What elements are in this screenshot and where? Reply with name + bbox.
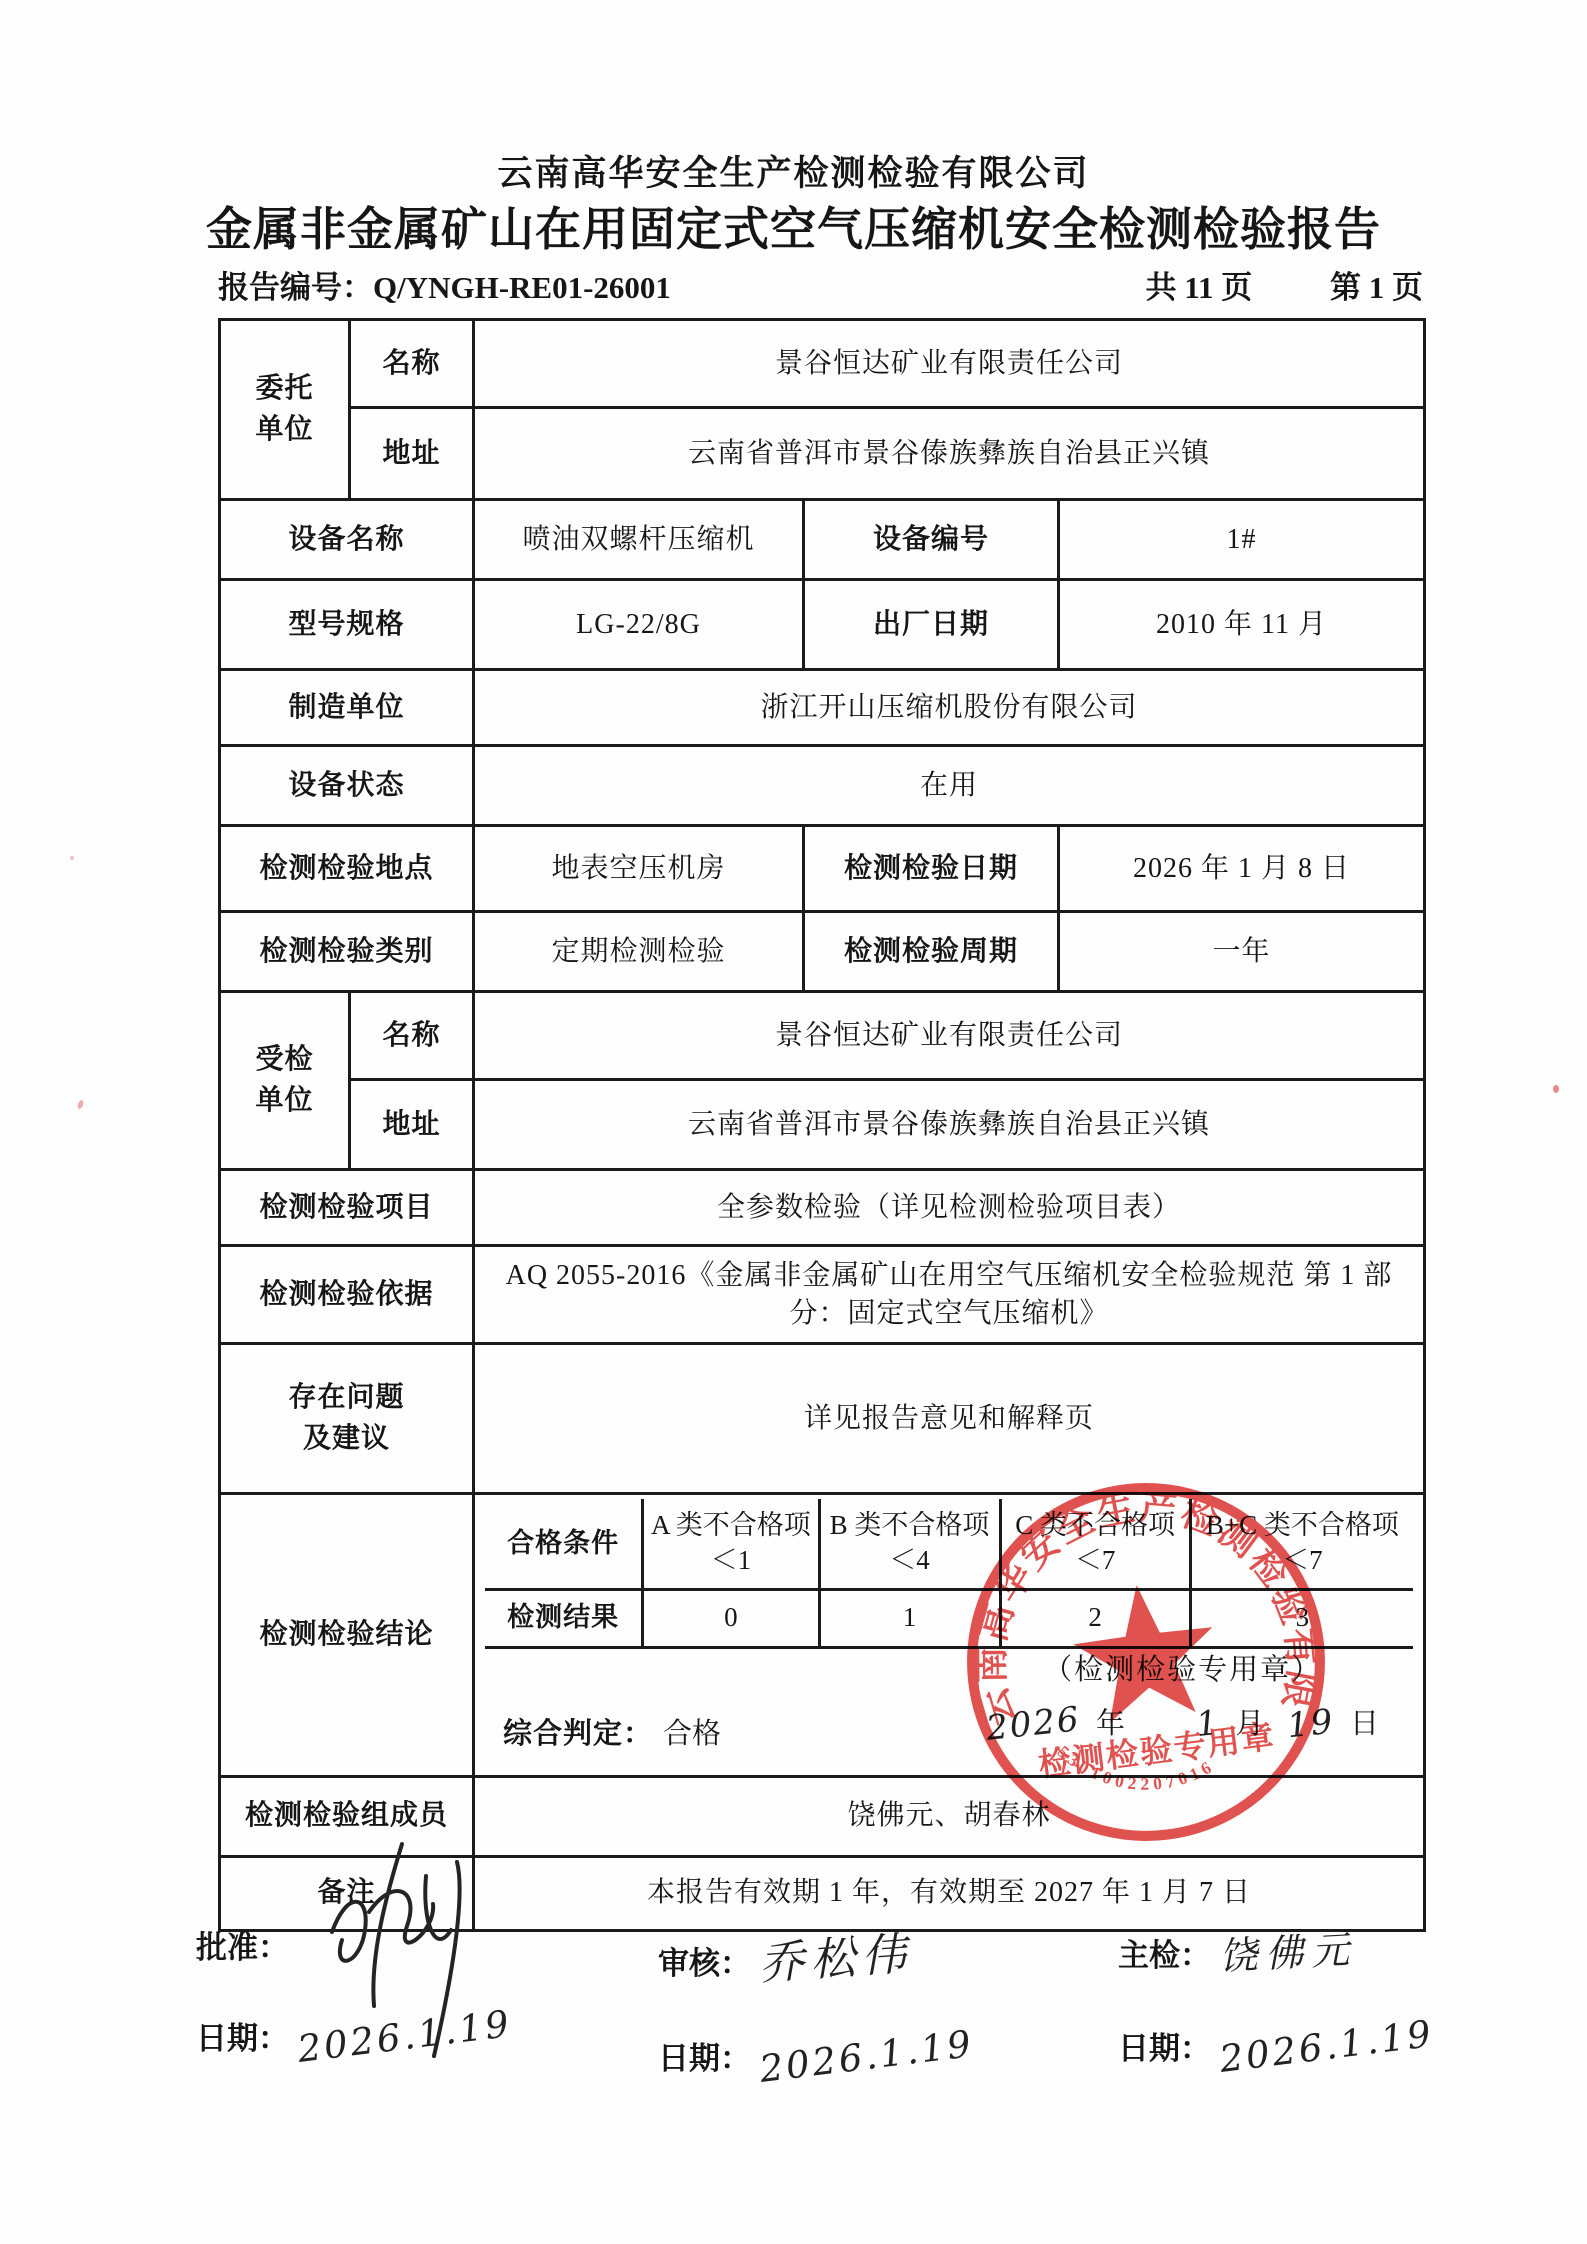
table-row: 检测检验项目 全参数检验（详见检测检验项目表） [220, 1170, 1425, 1246]
report-number-value: Q/YNGH-RE01-26001 [373, 270, 671, 305]
mfg-date-value: 2010 年 11 月 [1059, 580, 1425, 670]
group-label-line: 委托 [231, 369, 338, 410]
review-label: 审核： [658, 1946, 751, 1981]
chief-date-value: 2026.1.19 [1217, 2012, 1436, 2081]
table-row: 委托 单位 名称 景谷恒达矿业有限责任公司 [220, 320, 1425, 408]
table-row: 受检 单位 名称 景谷恒达矿业有限责任公司 [220, 992, 1425, 1080]
cycle-value: 一年 [1059, 912, 1425, 992]
issues-label-line: 及建议 [231, 1419, 462, 1460]
review-date-label: 日期： [658, 2041, 751, 2076]
inspection-date-label: 检测检验日期 [804, 826, 1059, 912]
device-no-value: 1# [1059, 500, 1425, 580]
chief-date-label: 日期： [1118, 2031, 1211, 2066]
report-page: 云南高华安全生产检测检验有限公司 金属非金属矿山在用固定式空气压缩机安全检测检验… [0, 0, 1587, 2244]
approve-label: 批准： [196, 1930, 289, 1965]
manufacturer-value: 浙江开山压缩机股份有限公司 [474, 670, 1425, 746]
inspection-seal-stamp: 云南高华安全生产检测检验有限公司 检测检验专用章 5301002207016 [941, 1457, 1351, 1867]
chief-row: 主检： 饶佛元 [1118, 1922, 1434, 1977]
table-row: 地址 云南省普洱市景谷傣族彝族自治县正兴镇 [220, 1080, 1425, 1170]
client-address-label: 地址 [350, 408, 474, 500]
cycle-label: 检测检验周期 [804, 912, 1059, 992]
company-name: 云南高华安全生产检测检验有限公司 [0, 146, 1587, 196]
result-label: 检测结果 [485, 1589, 643, 1647]
review-signature: 乔松伟 [757, 1917, 914, 1993]
client-group-label: 委托 单位 [220, 320, 350, 500]
review-date-value: 2026.1.19 [757, 2022, 976, 2091]
stamp-star-icon [1067, 1577, 1222, 1726]
page-info: 共 11 页 第 1 页 [1075, 262, 1423, 307]
table-row: 制造单位 浙江开山压缩机股份有限公司 [220, 670, 1425, 746]
issues-label: 存在问题 及建议 [220, 1344, 474, 1494]
report-number: 报告编号：Q/YNGH-RE01-26001 [218, 262, 671, 307]
inspection-date-value: 2026 年 1 月 8 日 [1059, 826, 1425, 912]
scan-speck [70, 856, 74, 860]
report-title: 金属非金属矿山在用固定式空气压缩机安全检测检验报告 [0, 193, 1587, 259]
inspected-address-value: 云南省普洱市景谷傣族彝族自治县正兴镇 [474, 1080, 1425, 1170]
table-row: 地址 云南省普洱市景谷傣族彝族自治县正兴镇 [220, 408, 1425, 500]
remark-value: 本报告有效期 1 年，有效期至 2027 年 1 月 7 日 [474, 1856, 1425, 1930]
issues-label-line: 存在问题 [231, 1378, 462, 1419]
items-label: 检测检验项目 [220, 1170, 474, 1246]
model-value: LG-22/8G [474, 580, 804, 670]
device-name-label: 设备名称 [220, 500, 474, 580]
inspected-name-value: 景谷恒达矿业有限责任公司 [474, 992, 1425, 1080]
table-row: 设备状态 在用 [220, 746, 1425, 826]
category-value: 定期检测检验 [474, 912, 804, 992]
seal-date-day-unit: 日 [1350, 1708, 1379, 1740]
report-number-label: 报告编号： [218, 270, 373, 305]
criteria-header-cell: A 类不合格项＜1 [643, 1499, 819, 1589]
chief-label: 主检： [1118, 1938, 1211, 1973]
mfg-date-label: 出厂日期 [804, 580, 1059, 670]
table-row: 设备名称 喷油双螺杆压缩机 设备编号 1# [220, 500, 1425, 580]
client-name-value: 景谷恒达矿业有限责任公司 [474, 320, 1425, 408]
client-address-value: 云南省普洱市景谷傣族彝族自治县正兴镇 [474, 408, 1425, 500]
approve-date-label: 日期： [196, 2021, 289, 2056]
client-name-label: 名称 [350, 320, 474, 408]
manufacturer-label: 制造单位 [220, 670, 474, 746]
criteria-result-cell: 0 [643, 1589, 819, 1647]
group-label-line: 受检 [231, 1040, 338, 1081]
device-no-label: 设备编号 [804, 500, 1059, 580]
conclusion-label: 检测检验结论 [220, 1494, 474, 1777]
category-label: 检测检验类别 [220, 912, 474, 992]
table-row: 检测检验类别 定期检测检验 检测检验周期 一年 [220, 912, 1425, 992]
scan-speck [77, 1099, 85, 1109]
review-signature-block: 审核： 乔松伟 日期： 2026.1.19 [658, 1922, 974, 2078]
chief-signature: 饶佛元 [1217, 1918, 1358, 1980]
items-value: 全参数检验（详见检测检验项目表） [474, 1170, 1425, 1246]
approve-row: 批准： [196, 1922, 512, 1967]
review-row: 审核： 乔松伟 [658, 1922, 974, 1987]
location-label: 检测检验地点 [220, 826, 474, 912]
table-row: 检测检验依据 AQ 2055-2016《金属非金属矿山在用空气压缩机安全检验规范… [220, 1246, 1425, 1344]
judgement-value: 合格 [663, 1718, 721, 1750]
inspected-name-label: 名称 [350, 992, 474, 1080]
review-date-row: 日期： 2026.1.19 [658, 2033, 974, 2078]
pages-total: 共 11 页 [1145, 270, 1252, 305]
model-label: 型号规格 [220, 580, 474, 670]
basis-label: 检测检验依据 [220, 1246, 474, 1344]
report-meta-line: 报告编号：Q/YNGH-RE01-26001 共 11 页 第 1 页 [218, 262, 1423, 307]
table-row: 型号规格 LG-22/8G 出厂日期 2010 年 11 月 [220, 580, 1425, 670]
condition-label: 合格条件 [485, 1499, 643, 1589]
device-name-value: 喷油双螺杆压缩机 [474, 500, 804, 580]
status-label: 设备状态 [220, 746, 474, 826]
basis-value: AQ 2055-2016《金属非金属矿山在用空气压缩机安全检验规范 第 1 部分… [474, 1246, 1425, 1344]
judgement-label: 综合判定： [503, 1718, 653, 1750]
status-value: 在用 [474, 746, 1425, 826]
approval-signature-block: 批准： 日期： 2026.1.19 [196, 1922, 512, 2058]
inspected-address-label: 地址 [350, 1080, 474, 1170]
scan-speck [1553, 1085, 1559, 1093]
table-row: 检测检验地点 地表空压机房 检测检验日期 2026 年 1 月 8 日 [220, 826, 1425, 912]
chief-signature-block: 主检： 饶佛元 日期： 2026.1.19 [1118, 1922, 1434, 2068]
group-label-line: 单位 [231, 410, 338, 451]
page-current: 第 1 页 [1330, 270, 1423, 305]
location-value: 地表空压机房 [474, 826, 804, 912]
overall-judgement: 综合判定：合格 [503, 1715, 721, 1754]
chief-date-row: 日期： 2026.1.19 [1118, 2023, 1434, 2068]
group-label-line: 单位 [231, 1081, 338, 1122]
inspected-group-label: 受检 单位 [220, 992, 350, 1170]
